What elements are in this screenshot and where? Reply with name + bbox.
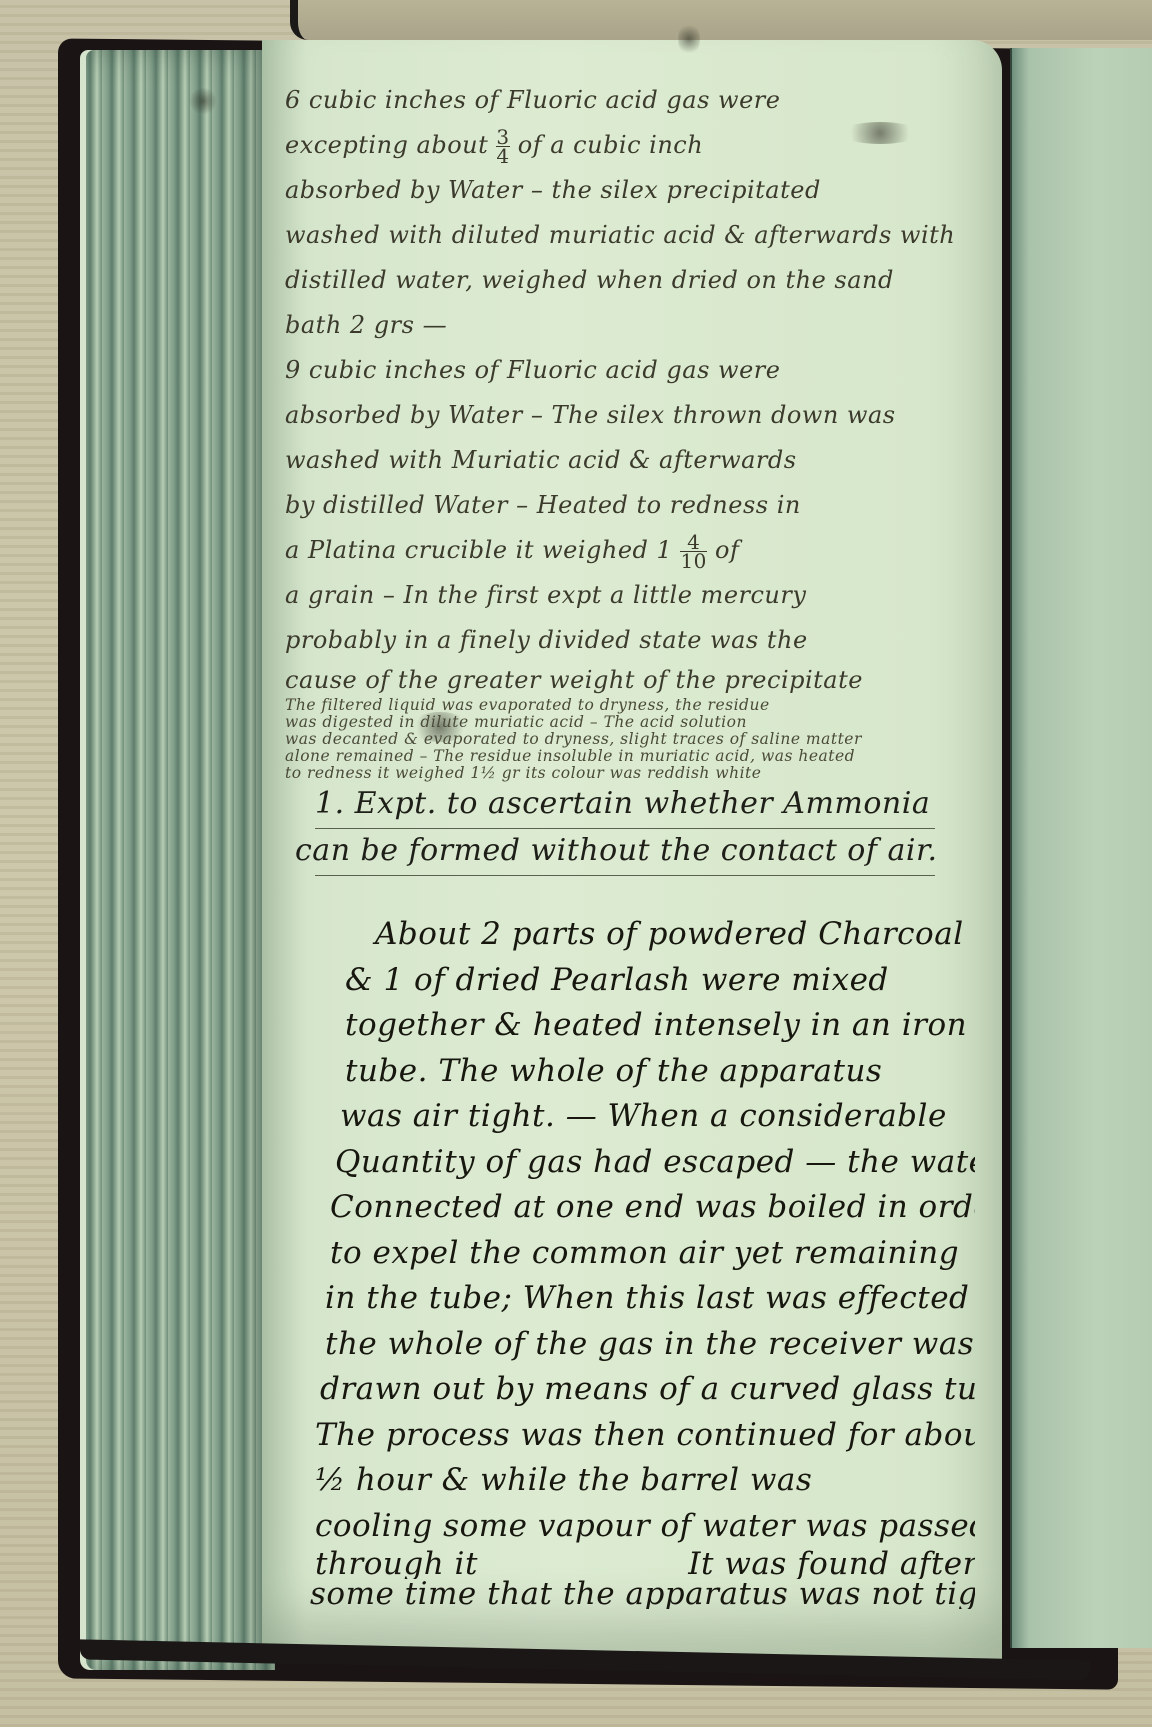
fraction-denominator: 10 bbox=[680, 551, 706, 570]
inserted-note: The filtered liquid was evaporated to dr… bbox=[285, 697, 975, 782]
text-line: was air tight. — When a considerable bbox=[285, 1094, 975, 1140]
text-line: to expel the common air yet remaining bbox=[285, 1231, 975, 1277]
text-line: excepting about 3 4 of a cubic inch bbox=[285, 123, 975, 168]
paragraph-charcoal: About 2 parts of powdered Charcoal & 1 o… bbox=[285, 912, 975, 1609]
text-line: 6 cubic inches of Fluoric acid gas were bbox=[285, 78, 975, 123]
fraction: 4 10 bbox=[680, 533, 706, 570]
text-line: absorbed by Water – The silex thrown dow… bbox=[285, 393, 975, 438]
text-fragment: excepting about bbox=[285, 131, 488, 159]
text-fragment: of bbox=[715, 536, 739, 564]
text-line: absorbed by Water – the silex precipitat… bbox=[285, 168, 975, 213]
text-line: together & heated intensely in an iron bbox=[285, 1003, 975, 1049]
text-line: The filtered liquid was evaporated to dr… bbox=[285, 697, 975, 714]
text-line: through it It was found after bbox=[285, 1549, 975, 1579]
text-line: The process was then continued for about bbox=[285, 1413, 975, 1459]
paragraph-fluoric-6: 6 cubic inches of Fluoric acid gas were … bbox=[285, 78, 975, 348]
text-line: & 1 of dried Pearlash were mixed bbox=[285, 958, 975, 1004]
ink-stain bbox=[678, 22, 700, 56]
adjacent-book bbox=[290, 0, 1152, 40]
spacer bbox=[285, 876, 975, 912]
text-line: by distilled Water – Heated to redness i… bbox=[285, 483, 975, 528]
text-line: probably in a finely divided state was t… bbox=[285, 618, 975, 663]
text-line: washed with diluted muriatic acid & afte… bbox=[285, 213, 975, 258]
experiment-heading: 1. Expt. to ascertain whether Ammonia ca… bbox=[285, 782, 975, 876]
underline-rule bbox=[315, 828, 935, 829]
page-edges bbox=[80, 50, 275, 1670]
fraction: 3 4 bbox=[496, 128, 509, 165]
heading-line: 1. Expt. to ascertain whether Ammonia bbox=[285, 782, 975, 826]
text-line: About 2 parts of powdered Charcoal bbox=[285, 912, 975, 958]
text-line: bath 2 grs — bbox=[285, 303, 975, 348]
text-line: 9 cubic inches of Fluoric acid gas were bbox=[285, 348, 975, 393]
text-fragment: a Platina crucible it weighed 1 bbox=[285, 536, 672, 564]
text-line: a Platina crucible it weighed 1 4 10 of bbox=[285, 528, 975, 573]
text-line: distilled water, weighed when dried on t… bbox=[285, 258, 975, 303]
text-line: was decanted & evaporated to dryness, sl… bbox=[285, 731, 975, 748]
fraction-denominator: 4 bbox=[496, 146, 509, 165]
text-fragment: of a cubic inch bbox=[518, 131, 703, 159]
ink-stain bbox=[188, 88, 218, 114]
text-line: washed with Muriatic acid & afterwards bbox=[285, 438, 975, 483]
text-fragment: through it bbox=[315, 1549, 478, 1579]
text-line: a grain – In the first expt a little mer… bbox=[285, 573, 975, 618]
text-line: drawn out by means of a curved glass tub… bbox=[285, 1367, 975, 1413]
paragraph-fluoric-9: 9 cubic inches of Fluoric acid gas were … bbox=[285, 348, 975, 697]
text-line: Quantity of gas had escaped — the water bbox=[285, 1140, 975, 1186]
text-line: ½ hour & while the barrel was bbox=[285, 1458, 975, 1504]
text-line: cause of the greater weight of the preci… bbox=[285, 663, 975, 697]
text-line: some time that the apparatus was not tig… bbox=[285, 1579, 975, 1609]
facing-page-edge bbox=[1010, 48, 1152, 1648]
text-line: in the tube; When this last was effected bbox=[285, 1276, 975, 1322]
text-line: tube. The whole of the apparatus bbox=[285, 1049, 975, 1095]
text-line: alone remained – The residue insoluble i… bbox=[285, 748, 975, 765]
underline-rule bbox=[315, 875, 935, 876]
text-line: Connected at one end was boiled in order bbox=[285, 1185, 975, 1231]
text-line: cooling some vapour of water was passed bbox=[285, 1504, 975, 1550]
text-fragment: It was found after bbox=[488, 1549, 975, 1579]
text-line: was digested in dilute muriatic acid – T… bbox=[285, 714, 975, 731]
text-line: the whole of the gas in the receiver was bbox=[285, 1322, 975, 1368]
text-line: to redness it weighed 1½ gr its colour w… bbox=[285, 765, 975, 782]
manuscript-text: 6 cubic inches of Fluoric acid gas were … bbox=[285, 78, 975, 1609]
heading-line: can be formed without the contact of air… bbox=[285, 829, 975, 873]
